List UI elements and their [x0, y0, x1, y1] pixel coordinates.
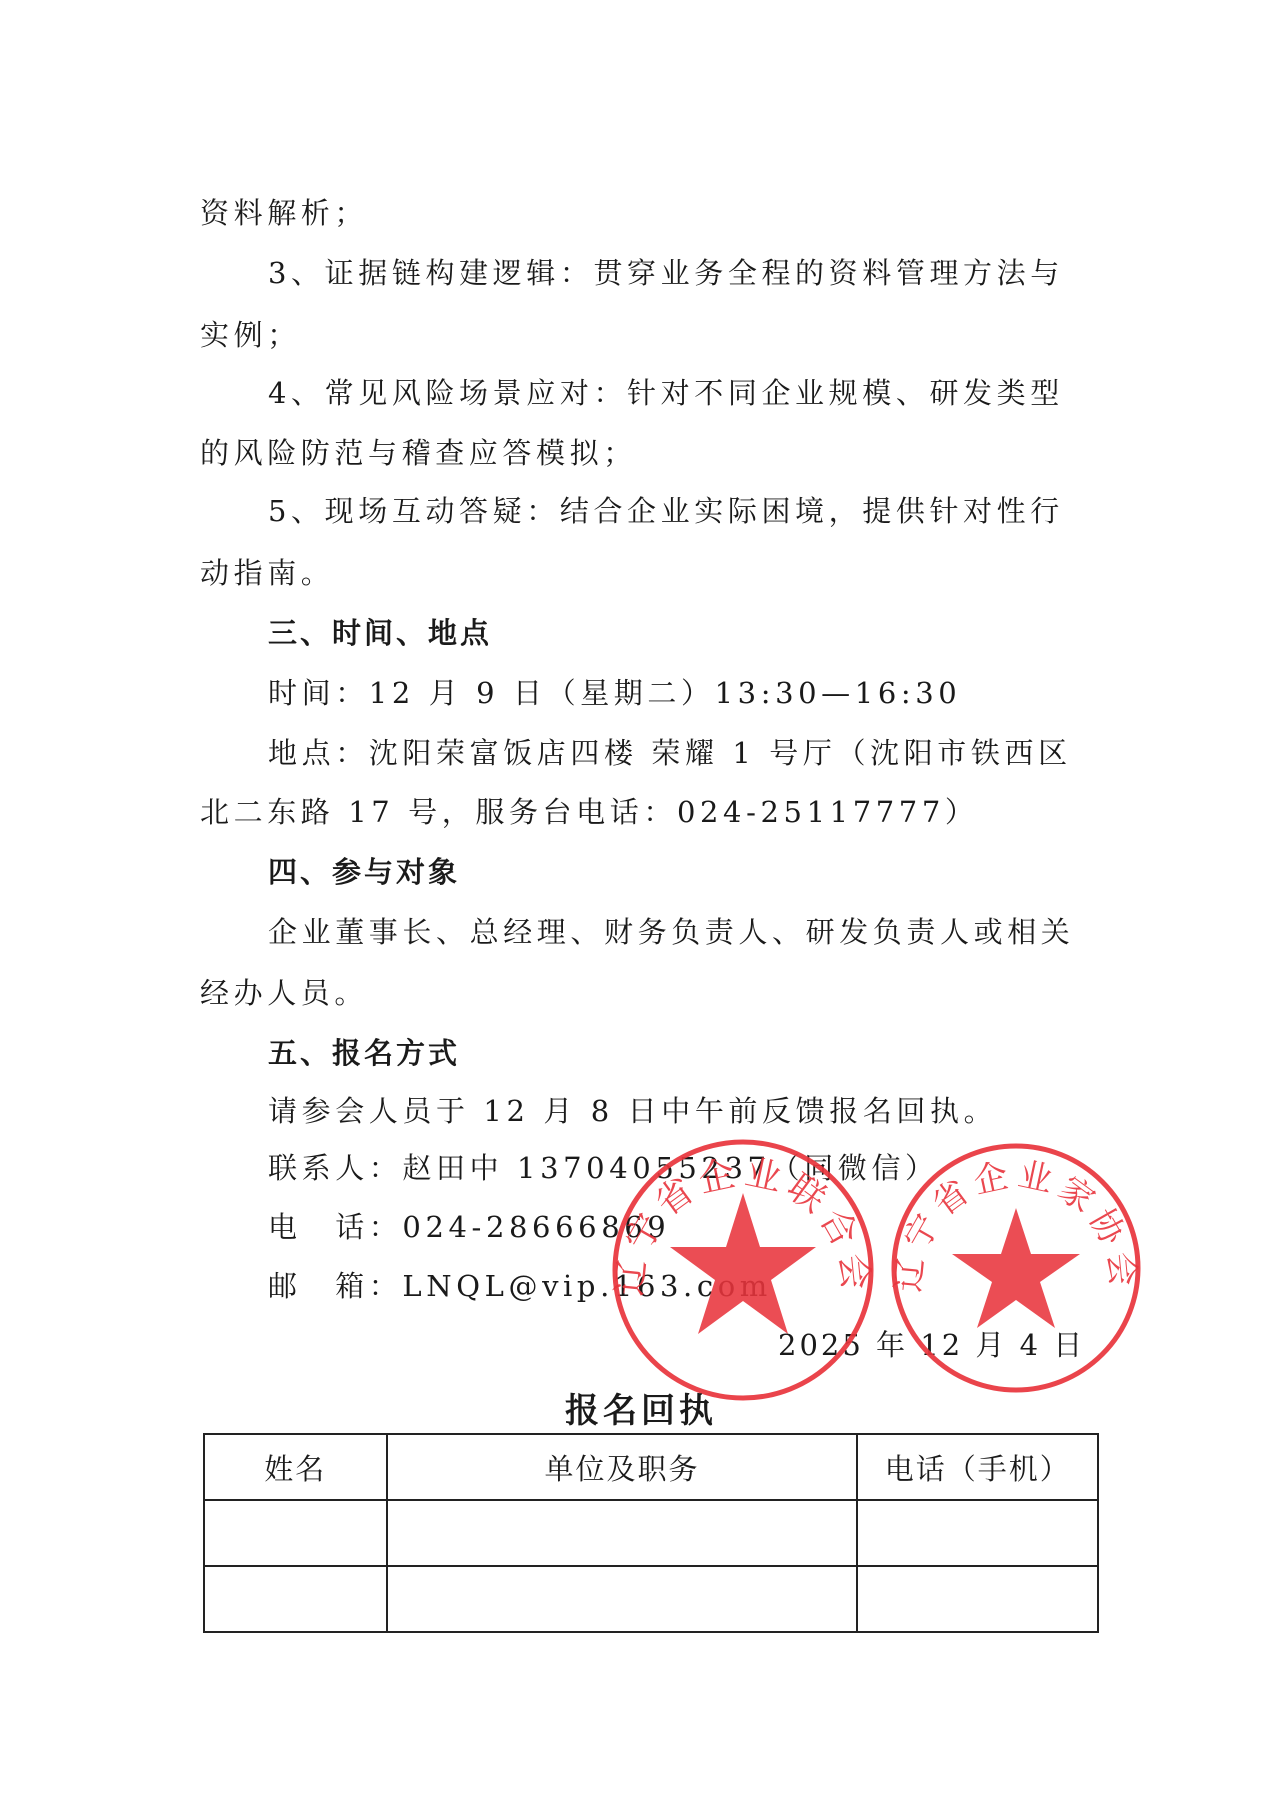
company-position-cell[interactable] — [387, 1566, 858, 1632]
email-line: 邮 箱：LNQL@vip.163.com — [268, 1268, 772, 1304]
phone-line: 电 话：024-28666869 — [268, 1209, 670, 1245]
place-line: 地点：沈阳荣富饭店四楼 荣耀 1 号厅（沈阳市铁西区 — [268, 735, 1072, 771]
phone-cell[interactable] — [857, 1500, 1098, 1566]
table-row — [204, 1500, 1098, 1566]
table-row — [204, 1566, 1098, 1632]
time-line: 时间：12 月 9 日（星期二）13:30—16:30 — [268, 675, 961, 711]
column-header-company-position: 单位及职务 — [387, 1434, 858, 1500]
body-line: 资料解析； — [200, 195, 368, 231]
registration-table: 姓名 单位及职务 电话（手机） — [203, 1433, 1099, 1633]
contact-line: 联系人：赵田中 13704055237（同微信） — [268, 1150, 939, 1186]
place-line-continued: 北二东路 17 号，服务台电话：024-25117777） — [200, 794, 979, 830]
participants-line-continued: 经办人员。 — [200, 975, 368, 1011]
participants-line: 企业董事长、总经理、财务负责人、研发负责人或相关 — [268, 914, 1074, 950]
receipt-title: 报名回执 — [565, 1383, 717, 1432]
column-header-phone: 电话（手机） — [857, 1434, 1098, 1500]
body-line: 3、证据链构建逻辑：贯穿业务全程的资料管理方法与 — [268, 255, 1064, 291]
body-line: 实例； — [200, 317, 301, 353]
section-heading-time-place: 三、时间、地点 — [268, 615, 492, 651]
section-heading-participants: 四、参与对象 — [268, 854, 460, 890]
name-cell[interactable] — [204, 1500, 387, 1566]
company-position-cell[interactable] — [387, 1500, 858, 1566]
section-heading-registration: 五、报名方式 — [268, 1035, 460, 1071]
star-icon — [670, 1193, 816, 1334]
deadline-line: 请参会人员于 12 月 8 日中午前反馈报名回执。 — [268, 1093, 997, 1129]
column-header-name: 姓名 — [204, 1434, 387, 1500]
star-icon — [952, 1208, 1080, 1328]
table-header-row: 姓名 单位及职务 电话（手机） — [204, 1434, 1098, 1500]
body-line: 的风险防范与稽查应答模拟； — [200, 435, 637, 471]
body-line: 4、常见风险场景应对：针对不同企业规模、研发类型 — [268, 375, 1064, 411]
document-date: 2025 年 12 月 4 日 — [778, 1327, 1085, 1363]
name-cell[interactable] — [204, 1566, 387, 1632]
phone-cell[interactable] — [857, 1566, 1098, 1632]
body-line: 动指南。 — [200, 555, 334, 591]
body-line: 5、现场互动答疑：结合企业实际困境，提供针对性行 — [268, 493, 1064, 529]
